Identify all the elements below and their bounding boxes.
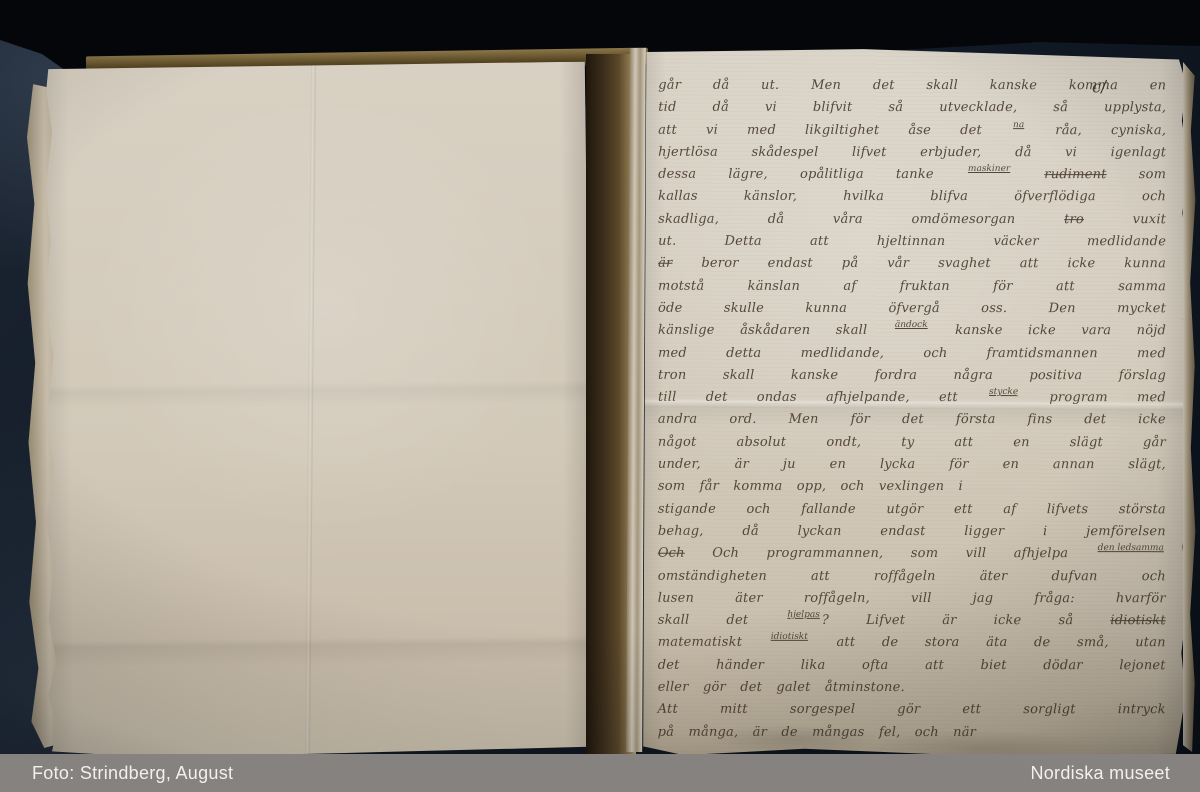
manuscript-line: tron skall kanske fordra några positiva … (658, 368, 1166, 391)
manuscript-line: på många, är de mångas fel, och när (658, 724, 1166, 747)
manuscript-line: dessa lägre, opålitliga tanke maskiner r… (658, 167, 1166, 190)
caption-bar: Foto: Strindberg, August Nordiska museet (0, 754, 1200, 792)
manuscript-line: under, är ju en lycka för en annan slägt… (658, 457, 1166, 480)
manuscript-line: skadliga, då våra omdömesorgan tro vuxit (658, 212, 1166, 235)
manuscript-line: hjertlösa skådespel lifvet erbjuder, då … (658, 145, 1166, 168)
manuscript-line: ut. Detta att hjeltinnan väcker medlidan… (658, 234, 1166, 257)
manuscript-line: något absolut ondt, ty att en slägt går (658, 435, 1166, 458)
manuscript-line: det händer lika ofta att biet dödar lejo… (658, 657, 1166, 680)
manuscript-line: Och Och programmannen, som vill afhjelpa… (658, 546, 1166, 569)
manuscript-line: kallas känslor, hvilka blifva öfverflödi… (658, 189, 1166, 212)
left-page-center-crease (305, 64, 316, 756)
manuscript-text: går då ut. Men det skall kanske komma en… (658, 78, 1167, 747)
manuscript-line: skall det hjelpas? Lifvet är icke så idi… (658, 613, 1166, 636)
manuscript-line: är beror endast på vår svaghet att icke … (658, 256, 1166, 279)
left-page-blank (35, 62, 593, 759)
manuscript-line: matematiskt idiotiskt att de stora äta d… (658, 635, 1166, 658)
manuscript-line: Att mitt sorgespel gör ett sorgligt intr… (658, 702, 1166, 725)
manuscript-line: till det ondas afhjelpande, ett stycke p… (658, 390, 1166, 413)
manuscript-line: andra ord. Men för det första fins det i… (658, 412, 1166, 435)
manuscript-line: tid då vi blifvit så utvecklade, så uppl… (658, 100, 1166, 123)
manuscript-line: känslige åskådaren skall ändock kanske i… (658, 323, 1166, 346)
manuscript-line: lusen äter roffågeln, vill jag fråga: hv… (658, 591, 1166, 614)
manuscript-line: behag, då lyckan endast ligger i jemföre… (658, 524, 1166, 547)
right-page-manuscript: c/ går då ut. Men det skall kanske komma… (640, 46, 1192, 759)
manuscript-line: med detta medlidande, och framtidsmannen… (658, 345, 1166, 368)
manuscript-line: eller gör det galet åtminstone. (658, 680, 1166, 703)
photo-credit-label: Foto: Strindberg, August (32, 763, 233, 784)
manuscript-line: som får komma opp, och vexlingen i (658, 479, 1166, 502)
manuscript-line: motstå känslan af fruktan för att samma (658, 278, 1166, 301)
manuscript-line: att vi med likgiltighet åse det na råa, … (658, 122, 1166, 145)
museum-credit-label: Nordiska museet (1030, 763, 1170, 784)
manuscript-line: stigande och fallande utgör ett af lifve… (658, 501, 1166, 524)
manuscript-line: går då ut. Men det skall kanske komma en (658, 78, 1166, 101)
manuscript-line: omständigheten att roffågeln äter dufvan… (658, 568, 1166, 591)
